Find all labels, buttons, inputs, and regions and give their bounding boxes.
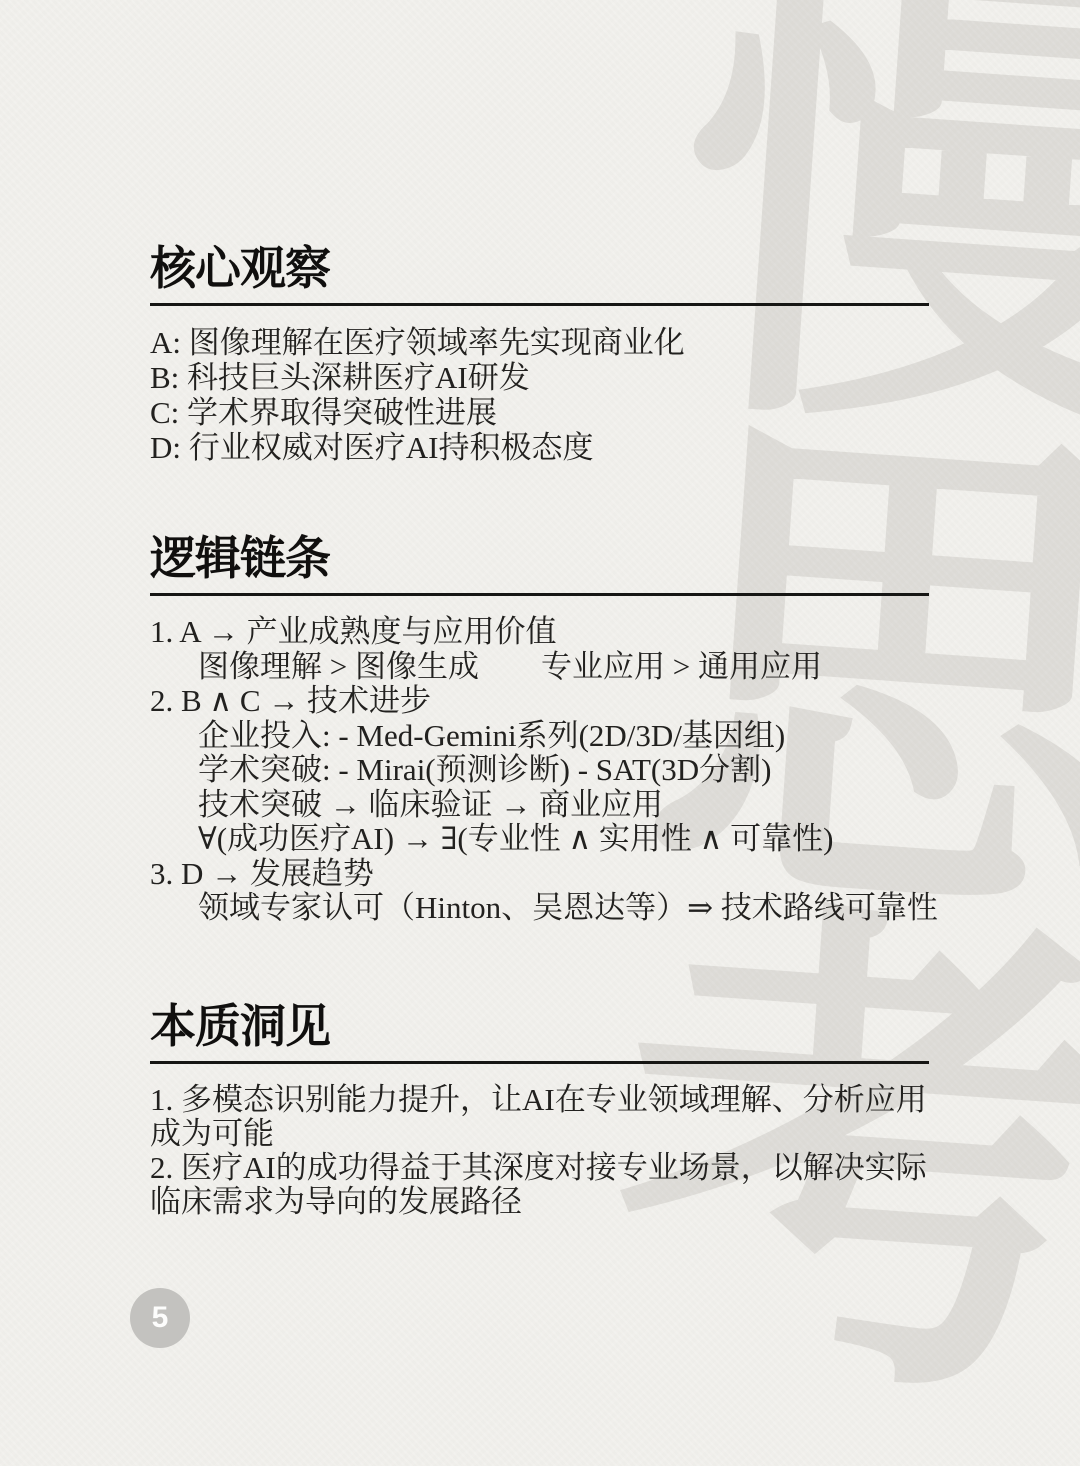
- heading-rule: [150, 593, 929, 596]
- heading-rule: [150, 303, 929, 306]
- body-line: ∀(成功医疗AI) → ∃(专业性 ∧ 实用性 ∧ 可靠性): [150, 822, 930, 857]
- body-line: 3. D → 发展趋势: [150, 857, 930, 892]
- section-logic-chain: 逻辑链条 1. A → 产业成熟度与应用价值 图像理解 > 图像生成 专业应用 …: [150, 533, 930, 926]
- section-core-observations: 核心观察 A: 图像理解在医疗领域率先实现商业化 B: 科技巨头深耕医疗AI研发…: [150, 243, 930, 465]
- page-number-badge: 5: [130, 1288, 190, 1348]
- body-line: 成为可能: [150, 1117, 930, 1151]
- section-essential-insights: 本质洞见 1. 多模态识别能力提升，让AI在专业领域理解、分析应用 成为可能 2…: [150, 1001, 930, 1219]
- body-line: 领域专家认可（Hinton、吴恩达等）⇒ 技术路线可靠性: [150, 891, 930, 926]
- document-page: 慢思考 核心观察 A: 图像理解在医疗领域率先实现商业化 B: 科技巨头深耕医疗…: [0, 0, 1080, 1466]
- body-line: 1. 多模态识别能力提升，让AI在专业领域理解、分析应用: [150, 1083, 930, 1117]
- body-line: 学术突破: - Mirai(预测诊断) - SAT(3D分割): [150, 753, 930, 788]
- body-line: A: 图像理解在医疗领域率先实现商业化: [150, 325, 930, 360]
- section-title: 本质洞见: [150, 1001, 930, 1053]
- body-line: 技术突破 → 临床验证 → 商业应用: [150, 788, 930, 823]
- section-body: A: 图像理解在医疗领域率先实现商业化 B: 科技巨头深耕医疗AI研发 C: 学…: [150, 325, 930, 465]
- body-line: 1. A → 产业成熟度与应用价值: [150, 615, 930, 650]
- body-line: B: 科技巨头深耕医疗AI研发: [150, 360, 930, 395]
- body-line: 临床需求为导向的发展路径: [150, 1185, 930, 1219]
- section-title: 逻辑链条: [150, 533, 930, 585]
- section-body: 1. 多模态识别能力提升，让AI在专业领域理解、分析应用 成为可能 2. 医疗A…: [150, 1083, 930, 1219]
- body-line: D: 行业权威对医疗AI持积极态度: [150, 430, 930, 465]
- body-line: 图像理解 > 图像生成 专业应用 > 通用应用: [150, 650, 930, 685]
- body-line: 企业投入: - Med-Gemini系列(2D/3D/基因组): [150, 719, 930, 754]
- section-title: 核心观察: [150, 243, 930, 295]
- body-line: 2. 医疗AI的成功得益于其深度对接专业场景，以解决实际: [150, 1151, 930, 1185]
- body-line: C: 学术界取得突破性进展: [150, 395, 930, 430]
- section-body: 1. A → 产业成熟度与应用价值 图像理解 > 图像生成 专业应用 > 通用应…: [150, 615, 930, 926]
- heading-rule: [150, 1061, 929, 1064]
- body-line: 2. B ∧ C → 技术进步: [150, 684, 930, 719]
